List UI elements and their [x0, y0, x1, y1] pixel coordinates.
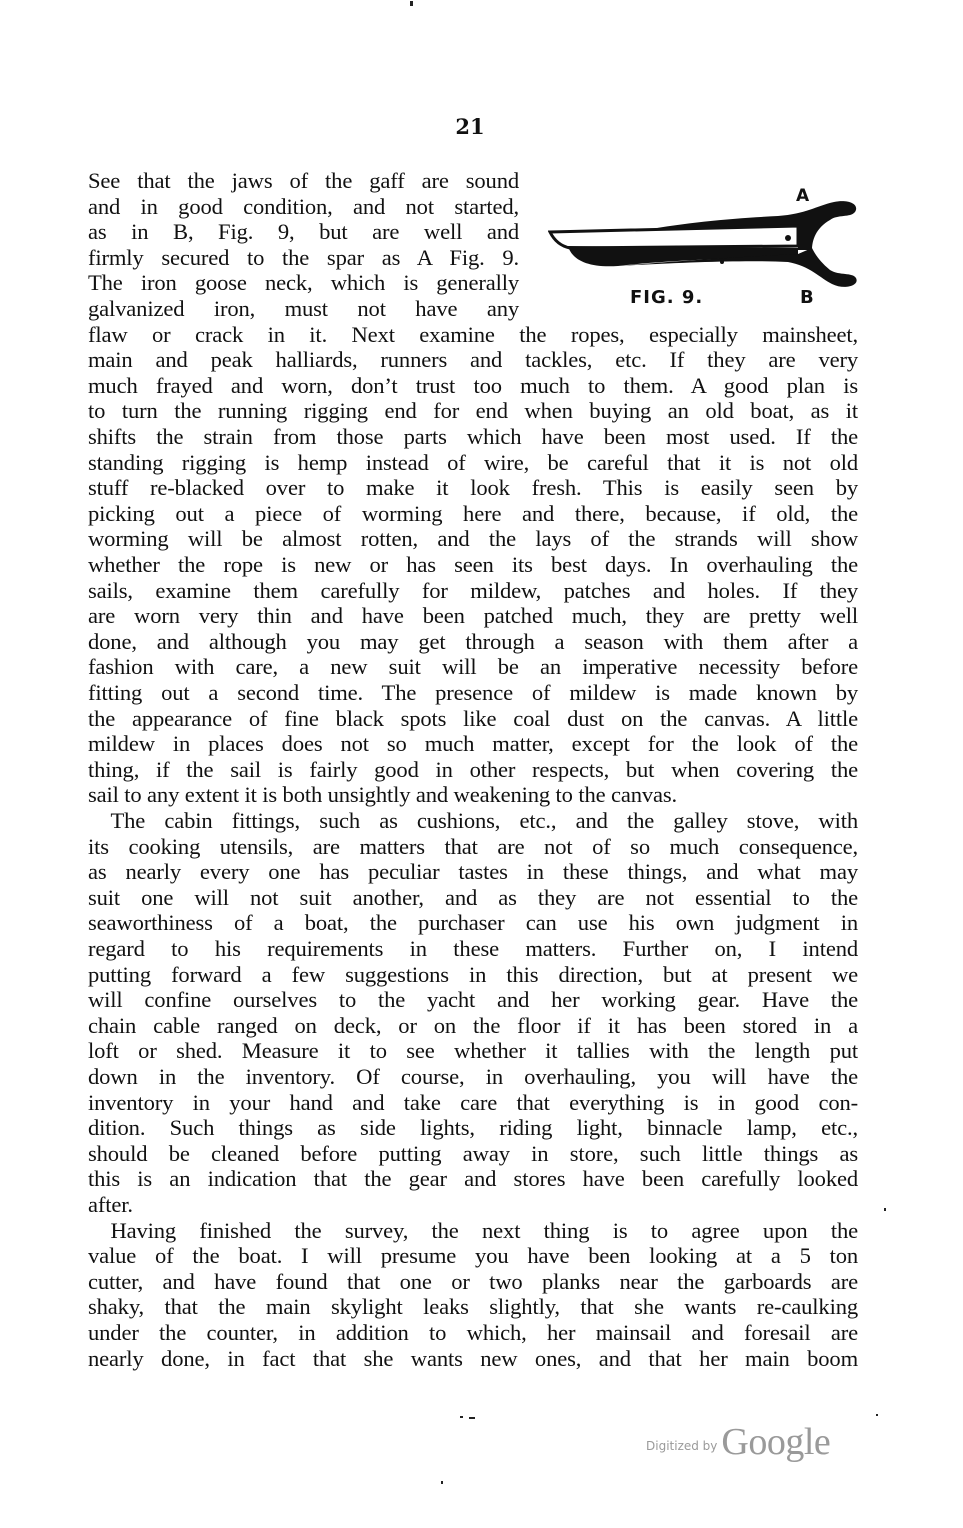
text-line: under the counter, in addition to which,… [88, 1320, 858, 1346]
text-line: chain cable ranged on deck, or on the fl… [88, 1013, 858, 1039]
text-line: this is an indication that the gear and … [88, 1166, 858, 1192]
figure-caption: FIG. 9. [630, 287, 703, 308]
text-line: should be cleaned before putting away in… [88, 1141, 858, 1167]
text-line: standing rigging is hemp instead of wire… [88, 450, 858, 476]
text-line: much frayed and worn, don’t trust too mu… [88, 373, 858, 399]
scan-speck [884, 1208, 886, 1211]
text-line: down in the inventory. Of course, in ove… [88, 1064, 858, 1090]
text-line: as in B, Fig. 9, but are well and [88, 219, 519, 245]
digitized-by-google-watermark: Digitized by Google [646, 1420, 830, 1464]
text-line: loft or shed. Measure it to see whether … [88, 1038, 858, 1064]
figure-label-b: B [800, 287, 814, 308]
text-line: See that the jaws of the gaff are sound [88, 168, 519, 194]
text-line: as nearly every one has peculiar tastes … [88, 859, 858, 885]
text-line: after. [88, 1192, 858, 1218]
figure-label-a: A [796, 186, 809, 206]
text-line: fitting out a second time. The presence … [88, 680, 858, 706]
text-line: Having finished the survey, the next thi… [88, 1218, 858, 1244]
scan-speck [469, 1417, 475, 1419]
text-line: its cooking utensils, are matters that a… [88, 834, 858, 860]
text-line: value of the boat. I will presume you ha… [88, 1243, 858, 1269]
text-line: The cabin fittings, such as cushions, et… [88, 808, 858, 834]
text-line: seaworthiness of a boat, the purchaser c… [88, 910, 858, 936]
text-line: sails, examine them carefully for mildew… [88, 578, 858, 604]
text-line: shifts the strain from those parts which… [88, 424, 858, 450]
text-line: galvanized iron, must not have any [88, 296, 519, 322]
text-line: whether the rope is new or has seen its … [88, 552, 858, 578]
text-line: The iron goose neck, which is generally [88, 270, 519, 296]
text-line: thing, if the sail is fairly good in oth… [88, 757, 858, 783]
scan-speck [876, 1414, 878, 1416]
text-line: flaw or crack in it. Next examine the ro… [88, 322, 858, 348]
text-line: fashion with care, a new suit will be an… [88, 654, 858, 680]
text-line: worming will be almost rotten, and the l… [88, 526, 858, 552]
text-line: shaky, that the main skylight leaks slig… [88, 1294, 858, 1320]
text-line: mildew in places does not so much matter… [88, 731, 858, 757]
text-line: inventory in your hand and take care tha… [88, 1090, 858, 1116]
text-line: nearly done, in fact that she wants new … [88, 1346, 858, 1372]
google-logo: Google [721, 1421, 830, 1463]
page-number: 21 [440, 114, 500, 139]
text-line: will confine ourselves to the yacht and … [88, 987, 858, 1013]
text-line: are worn very thin and have been patched… [88, 603, 858, 629]
watermark-prefix: Digitized by [646, 1439, 717, 1453]
text-line: dition. Such things as side lights, ridi… [88, 1115, 858, 1141]
text-line: regard to his requirements in these matt… [88, 936, 858, 962]
text-line: stuff re-blacked over to make it look fr… [88, 475, 858, 501]
text-line: done, and although you may get through a… [88, 629, 858, 655]
text-line: picking out a piece of worming here and … [88, 501, 858, 527]
scan-speck [460, 1416, 463, 1418]
text-line: cutter, and have found that one or two p… [88, 1269, 858, 1295]
book-page: 21 A B FIG. 9. See that the jaws of the … [0, 0, 963, 1528]
text-line: the appearance of fine black spots like … [88, 706, 858, 732]
text-line: and in good condition, and not started, [88, 194, 519, 220]
scan-speck [441, 1481, 443, 1484]
text-line: suit one will not suit another, and as t… [88, 885, 858, 911]
text-line: putting forward a few suggestions in thi… [88, 962, 858, 988]
text-line: firmly secured to the spar as A Fig. 9. [88, 245, 519, 271]
text-line: sail to any extent it is both unsightly … [88, 782, 858, 808]
text-line: main and peak halliards, runners and tac… [88, 347, 858, 373]
text-line: to turn the running rigging end for end … [88, 398, 858, 424]
scan-speck [410, 1, 413, 6]
